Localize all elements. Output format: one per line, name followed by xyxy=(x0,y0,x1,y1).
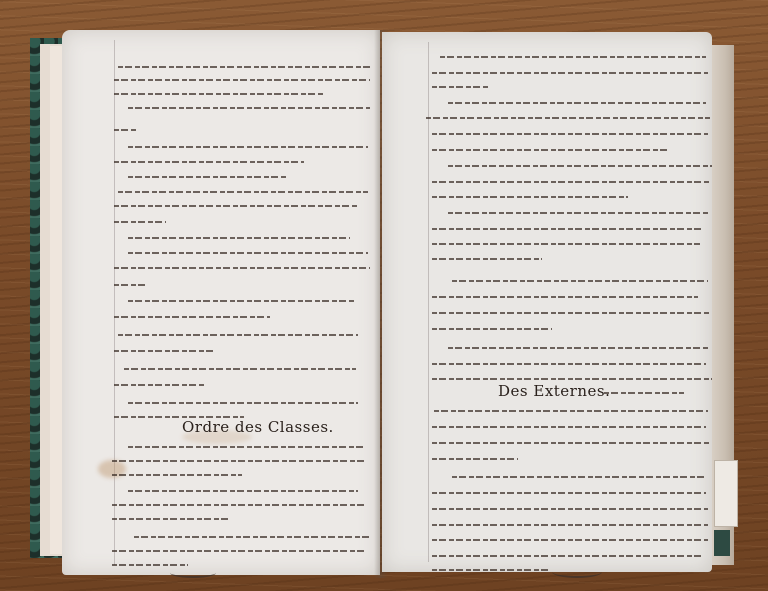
handwriting-line: … Homère … on apprendra xyxy=(432,292,698,303)
handwriting-line: … l'histoire … xyxy=(432,254,542,265)
handwriting-line: cette … . xyxy=(432,565,550,576)
handwriting-line: On expliquera … jusqu'à … xyxy=(448,208,710,219)
handwriting-line: … expliquera … . xyxy=(134,532,370,543)
handwriting-line: … jusqu'à … en … . xyxy=(128,233,350,244)
flourish xyxy=(170,568,216,578)
handwriting-line: quart. xyxy=(114,125,136,136)
handwriting-line: … . xyxy=(114,312,270,323)
handwriting-line: … les élèves … fixé xyxy=(432,488,706,499)
handwriting-line: … . xyxy=(112,470,242,481)
handwriting-line: … grammaire … . xyxy=(112,514,230,525)
handwriting-line: … jusqu'à … xyxy=(114,263,370,274)
left-page: le professeur … jusqu'à … qui … … 1820 …… xyxy=(62,30,380,575)
handwriting-line: … la chapelle … chapelle … xyxy=(128,398,358,409)
handwriting-line: … géographie … . xyxy=(432,145,670,156)
handwriting-line: … de … . xyxy=(432,224,702,235)
handwriting-line: Depuis … jusqu'à … récréation. xyxy=(128,172,288,183)
handwriting-line: — … … jusqu'à … xyxy=(118,330,358,341)
right-page: On expliquera … la grande … de … … expli… xyxy=(382,32,712,572)
handwriting-line: … jusqu'à … midi xyxy=(114,157,304,168)
section-heading-des-externes: Des Externes. xyxy=(498,382,610,400)
handwriting-line: … jusqu'à … xyxy=(114,346,214,357)
paper-tab xyxy=(714,460,738,527)
handwriting-line: … la maison, il rendra compte xyxy=(432,520,708,531)
handwriting-line: Depuis … jusqu'à … récréation, … xyxy=(124,364,356,375)
handwriting-line: … pour … xyxy=(112,456,364,467)
handwriting-line: … . xyxy=(114,280,148,291)
handwriting-line: le professeur … jusqu'à … qui … xyxy=(118,62,370,73)
handwriting-line: … jusqu'à … classe … xyxy=(128,296,354,307)
handwriting-line: … l'histoire … xyxy=(432,239,700,250)
handwriting-line: … de … xyxy=(432,129,708,140)
handwriting-line: Messieurs les professeurs … que les xyxy=(432,359,706,370)
handwriting-line: élèves qui … permettre … xyxy=(432,422,706,433)
handwriting-line: … Homère … xyxy=(432,308,710,319)
handwriting-line: Le même … au collège … xyxy=(128,142,368,153)
flourish xyxy=(552,566,602,578)
handwriting-line: … l'histoire … xyxy=(432,324,552,335)
handwriting-line: Depuis … jusqu'à … la même … xyxy=(128,103,370,114)
handwriting-line: … expliqué … jusqu'à … xyxy=(114,89,324,100)
handwriting-line: … en … pourra … xyxy=(432,504,708,515)
handwriting-line: … l'histoire. xyxy=(432,82,488,93)
handwriting-line: … de … les … xyxy=(432,535,708,546)
handwriting-line: … histoire … de … xyxy=(128,486,358,497)
section-heading-ordre-des-classes: Ordre des Classes. xyxy=(182,418,334,436)
marbled-cover-right xyxy=(714,530,730,556)
handwriting-line: Grande … . xyxy=(114,217,166,228)
handwriting-line: … Virgile … de … xyxy=(432,177,710,188)
handwriting-line: … pension … xyxy=(604,388,684,399)
handwriting-line: … la chapelle du collège … xyxy=(118,187,368,198)
handwriting-line: Chaque classe … professeur … xyxy=(128,442,364,453)
handwriting-line: On expliquera … la grande … de … xyxy=(440,52,706,63)
handwriting-line: On composera dans chaque classe … jours … xyxy=(448,343,710,354)
handwriting-line: … Virgile … de … xyxy=(426,113,710,124)
handwriting-line: … du collège … xyxy=(114,201,358,212)
handwriting-line: La maison … pour … des xyxy=(434,406,708,417)
handwriting-line: … 1820 … pendant … xyxy=(114,75,370,86)
handwriting-line: … . xyxy=(114,380,206,391)
handwriting-line: On expliquera … de … xyxy=(452,276,708,287)
handwriting-line: … la chapelle … la chapelle … xyxy=(128,248,368,259)
handwriting-line: quelques-uns de … dans les maisons xyxy=(432,438,710,449)
handwriting-line: … expliquera … de … xyxy=(432,68,708,79)
handwriting-line: … de … xyxy=(432,551,702,562)
handwriting-line: On expliquera … de … xyxy=(448,161,712,172)
handwriting-line: … l'histoire … xyxy=(432,192,628,203)
handwriting-line: qu'il … désignera. xyxy=(432,454,518,465)
margin-rule xyxy=(114,40,115,565)
handwriting-line: … grammaire … xyxy=(112,500,364,511)
handwriting-line: … de … et … xyxy=(112,546,364,557)
handwriting-line: Il y aura … un chef … xyxy=(452,472,706,483)
handwriting-line: On expliquera … de … xyxy=(448,98,706,109)
